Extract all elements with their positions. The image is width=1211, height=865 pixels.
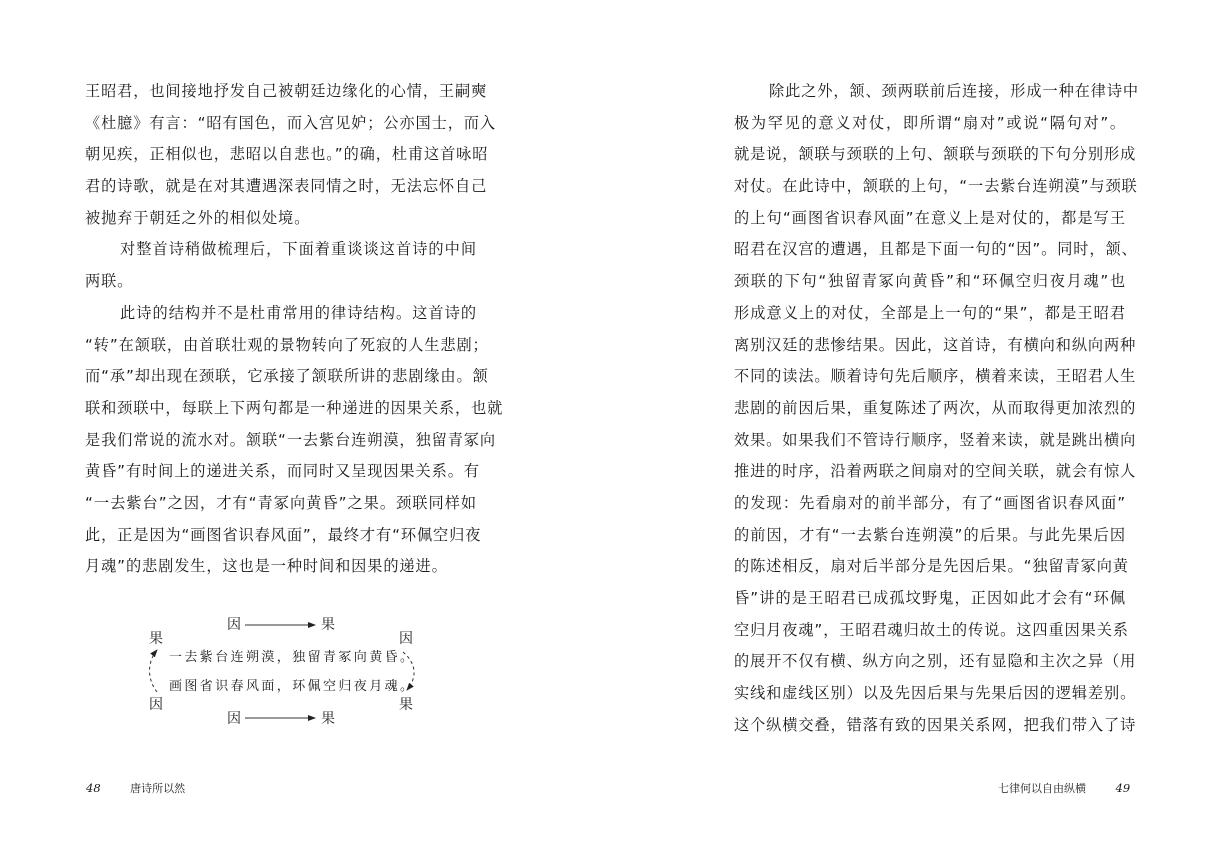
diagram-bottom-cause: 因 — [227, 711, 241, 727]
page-number-left: 48 — [86, 781, 101, 795]
running-title-left: 唐诗所以然 — [130, 782, 185, 795]
diagram-top-cause: 因 — [227, 617, 241, 633]
text-line: 被抛弃于朝廷之外的相似处境。 — [85, 203, 477, 235]
text-line: 的陈述相反，扇对后半部分是先因后果。“独留青冢向黄 — [734, 551, 1126, 583]
text-line: 效果。如果我们不管诗行顺序，竖着来读，就是跳出横向 — [734, 425, 1126, 457]
text-line: 形成意义上的对仗，全部是上一句的“果”，都是王昭君 — [734, 298, 1126, 330]
text-line: 此诗的结构并不是杜甫常用的律诗结构。这首诗的 — [85, 298, 477, 330]
text-line: 极为罕见的意义对仗，即所谓“扇对”或说“隔句对”。 — [734, 108, 1126, 140]
text-line: 实线和虚线区别）以及先因后果与先果后因的逻辑差别。 — [734, 678, 1126, 710]
text-line: 的展开不仅有横、纵方向之别，还有显隐和主次之异（用 — [734, 646, 1126, 678]
text-line: 空归月夜魂”，王昭君魂归故土的传说。这四重因果关系 — [734, 615, 1126, 647]
diagram-poem-line-2: 画图省识春风面，环佩空归夜月魂。 — [169, 679, 415, 695]
diagram-right-effect: 果 — [399, 697, 413, 713]
text-line: 悲剧的前因后果，重复陈述了两次，从而取得更加浓烈的 — [734, 393, 1126, 425]
text-line: 君的诗歌，就是在对其遭遇深表同情之时，无法忘怀自己 — [85, 171, 477, 203]
text-line: 不同的读法。顺着诗句先后顺序，横着来读，王昭君人生 — [734, 361, 1126, 393]
diagram-left-cause: 因 — [149, 697, 163, 713]
text-line: 昏”讲的是王昭君已成孤坟野鬼，正因如此才会有“环佩 — [734, 583, 1126, 615]
text-line: 的前因，才有“一去紫台连朔漠”的后果。与此先果后因 — [734, 520, 1126, 552]
right-page: 除此之外，颔、颈两联前后连接，形成一种在律诗中极为罕见的意义对仗，即所谓“扇对”… — [734, 76, 1126, 741]
text-line: 《杜臆》有言：“昭有国色，而入宫见妒；公亦国士，而入 — [85, 108, 477, 140]
text-line: 而“承”却出现在颈联，它承接了颔联所讲的悲剧缘由。颔 — [85, 361, 477, 393]
text-line: 朝见疾，正相似也，悲昭以自悲也。”的确，杜甫这首咏昭 — [85, 139, 477, 171]
diagram-top-effect: 果 — [321, 617, 335, 633]
text-line: “转”在颔联，由首联壮观的景物转向了死寂的人生悲剧； — [85, 330, 477, 362]
cause-effect-diagram: 因 果 果 因 一去紫台连朔漠，独留青冢向黄昏。 画图省识春风面，环佩空归夜月魂… — [145, 614, 425, 732]
text-line: 除此之外，颔、颈两联前后连接，形成一种在律诗中 — [734, 76, 1126, 108]
text-line: 黄昏”有时间上的递进关系，而同时又呈现因果关系。有 — [85, 456, 477, 488]
left-page: 王昭君，也间接地抒发自己被朝廷边缘化的心情，王嗣奭《杜臆》有言：“昭有国色，而入… — [85, 76, 477, 583]
page-number-right: 49 — [1116, 781, 1131, 795]
text-line: 对仗。在此诗中，颔联的上句，“一去紫台连朔漠”与颈联 — [734, 171, 1126, 203]
text-line: 颈联的下句“独留青冢向黄昏”和“环佩空归夜月魂”也 — [734, 266, 1126, 298]
text-line: 这个纵横交叠，错落有致的因果关系网，把我们带入了诗 — [734, 710, 1126, 742]
diagram-arrows — [145, 614, 425, 732]
diagram-bottom-effect: 果 — [321, 711, 335, 727]
text-line: 联和颈联中，每联上下两句都是一种递进的因果关系，也就 — [85, 393, 477, 425]
diagram-right-cause: 因 — [399, 631, 413, 647]
diagram-left-effect: 果 — [149, 631, 163, 647]
text-line: 王昭君，也间接地抒发自己被朝廷边缘化的心情，王嗣奭 — [85, 76, 477, 108]
right-footer: 七律何以自由纵横 49 — [998, 780, 1130, 796]
text-line: 月魂”的悲剧发生，这也是一种时间和因果的递进。 — [85, 551, 477, 583]
text-line: 此，正是因为“画图省识春风面”，最终才有“环佩空归夜 — [85, 520, 477, 552]
left-footer: 48 唐诗所以然 — [86, 780, 185, 796]
text-line: 昭君在汉宫的遭遇，且都是下面一句的“因”。同时，颔、 — [734, 234, 1126, 266]
text-line: 是我们常说的流水对。颔联“一去紫台连朔漠，独留青冢向 — [85, 425, 477, 457]
text-line: 对整首诗稍做梳理后，下面着重谈谈这首诗的中间 — [85, 234, 477, 266]
text-line: 离别汉廷的悲惨结果。因此，这首诗，有横向和纵向两种 — [734, 330, 1126, 362]
text-line: 就是说，颔联与颈联的上句、颔联与颈联的下句分别形成 — [734, 139, 1126, 171]
text-line: 的上句“画图省识春风面”在意义上是对仗的，都是写王 — [734, 203, 1126, 235]
text-line: 推进的时序，沿着两联之间扇对的空间关联，就会有惊人 — [734, 456, 1126, 488]
running-title-right: 七律何以自由纵横 — [998, 782, 1086, 795]
text-line: 的发现：先看扇对的前半部分，有了“画图省识春风面” — [734, 488, 1126, 520]
text-line: 两联。 — [85, 266, 477, 298]
text-line: “一去紫台”之因，才有“青冢向黄昏”之果。颈联同样如 — [85, 488, 477, 520]
diagram-poem-line-1: 一去紫台连朔漠，独留青冢向黄昏。 — [169, 650, 415, 666]
